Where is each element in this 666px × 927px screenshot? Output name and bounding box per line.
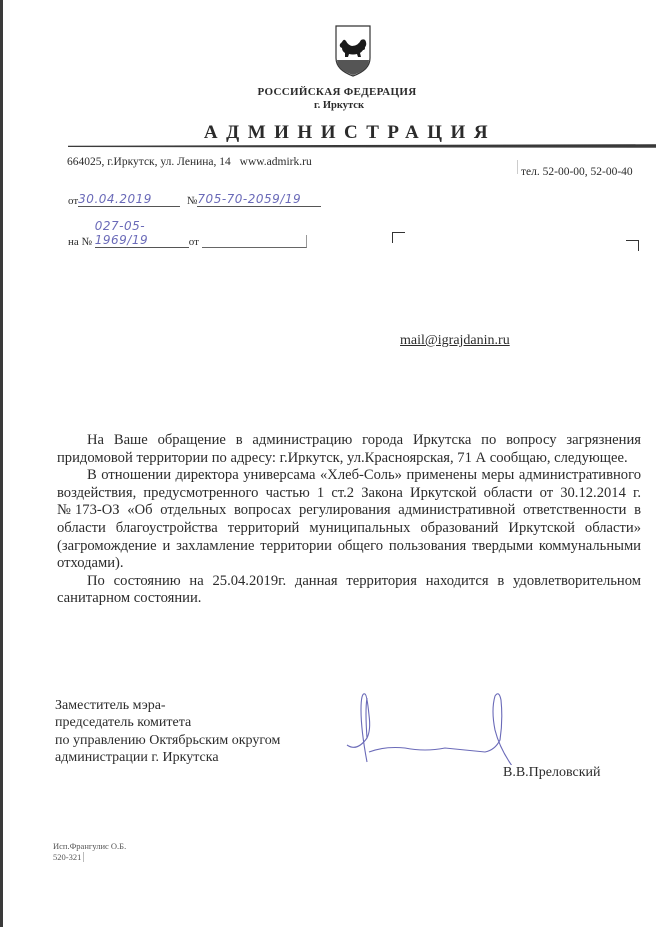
outgoing-reference: от30.04.2019 №705-70-2059/19 [68, 192, 321, 207]
reply-number-label: на № [68, 236, 92, 248]
executor-info: Исп.Франгулис О.Б. 520-321 [53, 841, 126, 863]
outgoing-number: 705-70-2059/19 [197, 192, 321, 207]
reply-date-label: от [189, 236, 199, 248]
coat-of-arms-icon [333, 24, 373, 78]
handwritten-signature [345, 690, 545, 765]
executor-name: Исп.Франгулис О.Б. [53, 841, 126, 852]
address-corner-mark [626, 240, 639, 251]
date-label: от [68, 195, 78, 207]
city-header: г. Иркутск [0, 100, 666, 111]
letter-body: На Ваше обращение в администрацию города… [57, 432, 641, 608]
website: www.admirk.ru [240, 156, 312, 168]
position-line: председатель комитета [55, 714, 280, 731]
signatory-name: В.В.Преловский [503, 765, 601, 781]
incoming-date [202, 235, 307, 248]
position-line: Заместитель мэра- [55, 697, 280, 714]
outgoing-date: 30.04.2019 [78, 192, 180, 207]
country-header: РОССИЙСКАЯ ФЕДЕРАЦИЯ [0, 86, 666, 98]
address-line: 664025, г.Иркутск, ул. Ленина, 14 www.ad… [67, 156, 312, 168]
signatory-position: Заместитель мэра- председатель комитета … [55, 697, 280, 766]
number-label: № [187, 195, 198, 207]
position-line: по управлению Октябрьским округом [55, 732, 280, 749]
organization-title: АДМИНИСТРАЦИЯ [200, 122, 500, 144]
divider [517, 160, 518, 174]
position-line: администрации г. Иркутска [55, 749, 280, 766]
header-rule [68, 144, 656, 148]
paragraph: На Ваше обращение в администрацию города… [57, 432, 641, 467]
divider [83, 852, 84, 862]
incoming-reference: на № 027-05-1969/19от [68, 219, 307, 248]
phone-line: тел. 52-00-00, 52-00-40 [521, 166, 633, 178]
paragraph: В отношении директора универсама «Хлеб-С… [57, 467, 641, 573]
recipient-email: mail@igrajdanin.ru [400, 333, 510, 349]
paragraph: По состоянию на 25.04.2019г. данная терр… [57, 573, 641, 608]
executor-phone: 520-321 [53, 852, 126, 863]
incoming-number: 027-05-1969/19 [95, 219, 189, 248]
postal-address: 664025, г.Иркутск, ул. Ленина, 14 [67, 156, 231, 168]
scan-edge [0, 0, 3, 927]
address-corner-mark [392, 232, 405, 243]
